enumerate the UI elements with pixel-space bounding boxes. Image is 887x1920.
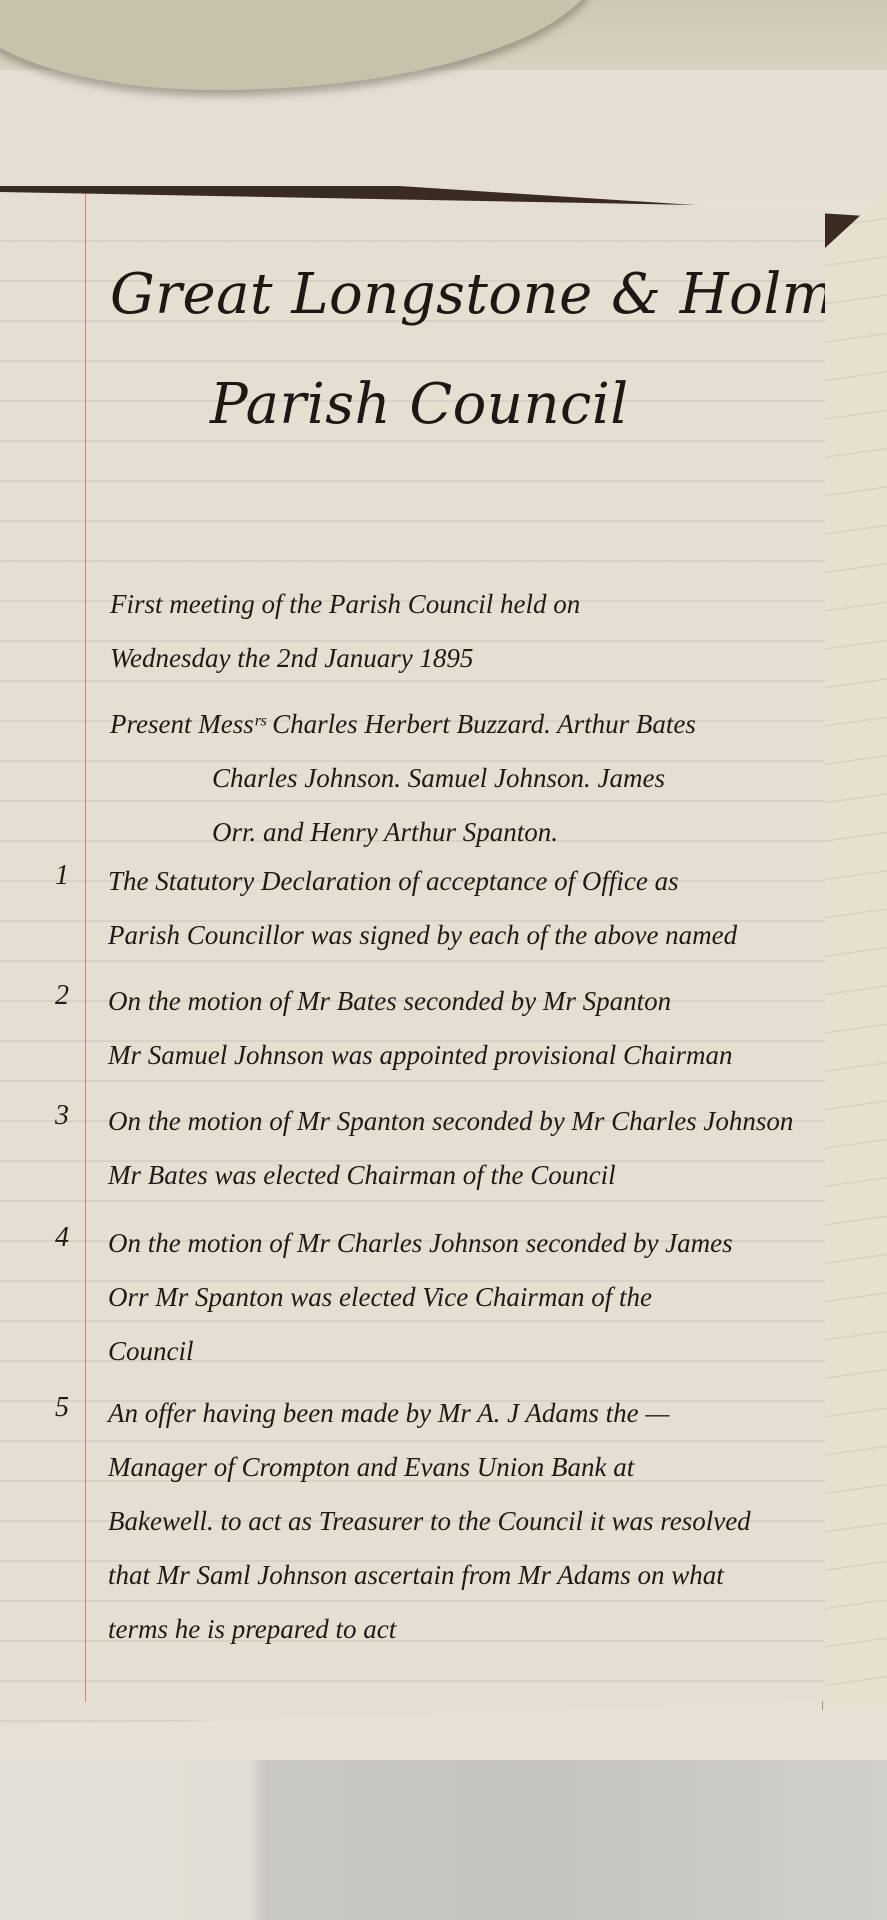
minute-item: On the motion of Mr Charles Johnson seco… (108, 1216, 733, 1378)
minute-line: terms he is prepared to act (108, 1602, 751, 1656)
page-title-line-2: Parish Council (210, 372, 629, 437)
minute-line: Orr Mr Spanton was elected Vice Chairman… (108, 1270, 733, 1324)
minute-line: Manager of Crompton and Evans Union Bank… (108, 1440, 751, 1494)
minute-item: On the motion of Mr Spanton seconded by … (108, 1094, 793, 1202)
meeting-heading-line-2: Wednesday the 2nd January 1895 (110, 631, 580, 685)
minute-number: 3 (55, 1100, 69, 1132)
minute-line: that Mr Saml Johnson ascertain from Mr A… (108, 1548, 751, 1602)
background-sheet (0, 70, 887, 200)
minute-line: On the motion of Mr Charles Johnson seco… (108, 1216, 733, 1270)
minute-line: On the motion of Mr Spanton seconded by … (108, 1094, 793, 1148)
attendance-list: Present Messʳˢ Charles Herbert Buzzard. … (110, 697, 696, 859)
minute-number: 4 (55, 1222, 69, 1254)
table-surface (0, 1760, 887, 1920)
attendance-line-3: Orr. and Henry Arthur Spanton. (110, 805, 696, 859)
minute-item: The Statutory Declaration of acceptance … (108, 854, 737, 962)
minute-item: On the motion of Mr Bates seconded by Mr… (108, 974, 733, 1082)
minute-line: Mr Samuel Johnson was appointed provisio… (108, 1028, 733, 1082)
minute-line: Bakewell. to act as Treasurer to the Cou… (108, 1494, 751, 1548)
margin-rule (85, 192, 86, 1702)
minute-book-page: Great Longstone & Holme Parish Council F… (0, 192, 825, 1732)
page-stack-edge (822, 190, 887, 1710)
minute-line: The Statutory Declaration of acceptance … (108, 854, 737, 908)
page-title-line-1: Great Longstone & Holme (110, 262, 869, 327)
minute-line: On the motion of Mr Bates seconded by Mr… (108, 974, 733, 1028)
minute-line: Council (108, 1324, 733, 1378)
minute-line: Parish Councillor was signed by each of … (108, 908, 737, 962)
meeting-heading-line-1: First meeting of the Parish Council held… (110, 577, 580, 631)
minute-number: 5 (55, 1392, 69, 1424)
minute-number: 1 (55, 860, 69, 892)
meeting-heading: First meeting of the Parish Council held… (110, 577, 580, 685)
attendance-line-1: Present Messʳˢ Charles Herbert Buzzard. … (110, 697, 696, 751)
minute-item: An offer having been made by Mr A. J Ada… (108, 1386, 751, 1656)
minute-number: 2 (55, 980, 69, 1012)
minute-line: An offer having been made by Mr A. J Ada… (108, 1386, 751, 1440)
minute-line: Mr Bates was elected Chairman of the Cou… (108, 1148, 793, 1202)
attendance-line-2: Charles Johnson. Samuel Johnson. James (110, 751, 696, 805)
